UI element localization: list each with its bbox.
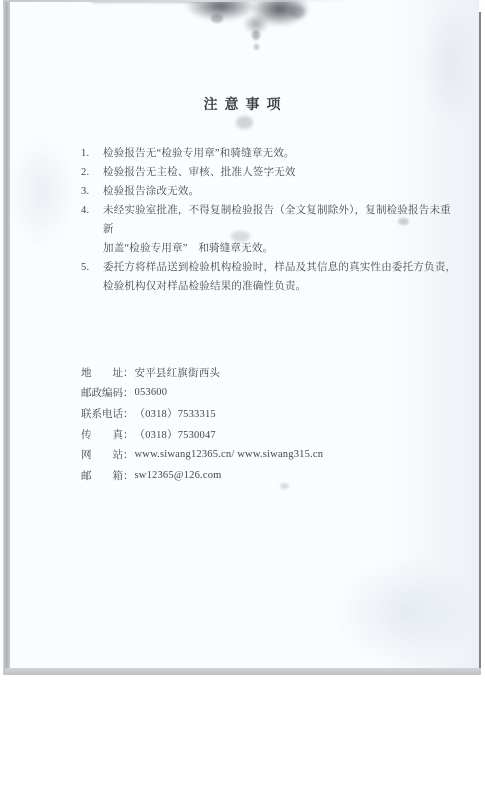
- contact-block: 地 址： 安平县红旗街西头 邮政编码： 053600 联系电话： （0318）7…: [81, 362, 441, 486]
- contact-row-address: 地 址： 安平县红旗街西头: [81, 362, 441, 383]
- scan-texture: [333, 555, 478, 670]
- scan-stain: [254, 44, 259, 50]
- contact-row-postcode: 邮政编码： 053600: [81, 383, 441, 404]
- notice-number: 5.: [81, 258, 103, 277]
- scan-stain: [252, 30, 260, 40]
- page-edge-shadow-top: [3, 0, 373, 2]
- scan-stain: [211, 14, 223, 23]
- notice-list: 1. 检验报告无“检验专用章”和骑缝章无效。 2. 检验报告无主检、审核、批准人…: [81, 144, 461, 296]
- contact-value: 安平县红旗街西头: [135, 365, 221, 380]
- contact-row-website: 网 站： www.siwang12365.cn/ www.siwang315.c…: [81, 444, 441, 465]
- notice-text: 未经实验室批准，不得复制检验报告（全文复制除外），复制检验报告未重新 加盖“检验…: [103, 201, 461, 258]
- contact-label: 网 站：: [81, 447, 134, 462]
- notice-item: 2. 检验报告无主检、审核、批准人签字无效: [81, 163, 461, 182]
- contact-row-phone: 联系电话： （0318）7533315: [81, 403, 441, 424]
- contact-value: 053600: [135, 387, 168, 398]
- document-sheet: 注意事项 1. 检验报告无“检验专用章”和骑缝章无效。 2. 检验报告无主检、审…: [3, 0, 481, 675]
- contact-value: www.siwang12365.cn/ www.siwang315.cn: [135, 449, 324, 460]
- scan-stain: [243, 14, 269, 34]
- notice-item: 4. 未经实验室批准，不得复制检验报告（全文复制除外），复制检验报告未重新 加盖…: [81, 201, 461, 258]
- scan-stain: [236, 116, 253, 129]
- contact-label: 邮 箱：: [81, 468, 134, 483]
- notice-text: 检验报告无“检验专用章”和骑缝章无效。: [103, 144, 461, 163]
- scanned-document-canvas: 注意事项 1. 检验报告无“检验专用章”和骑缝章无效。 2. 检验报告无主检、审…: [0, 0, 485, 800]
- page-edge-shadow-left: [3, 0, 10, 675]
- notice-number: 1.: [81, 144, 103, 163]
- notice-item: 1. 检验报告无“检验专用章”和骑缝章无效。: [81, 144, 461, 163]
- contact-value: （0318）7533315: [135, 406, 216, 421]
- contact-row-fax: 传 真： （0318）7530047: [81, 424, 441, 445]
- contact-row-email: 邮 箱： sw12365@126.com: [81, 465, 441, 486]
- notice-text: 检验报告涂改无效。: [103, 182, 461, 201]
- notice-number: 2.: [81, 163, 103, 182]
- contact-label: 地 址：: [81, 365, 134, 380]
- notice-text: 检验报告无主检、审核、批准人签字无效: [103, 163, 461, 182]
- contact-label: 传 真：: [81, 427, 134, 442]
- contact-value: （0318）7530047: [135, 427, 216, 442]
- page-title: 注意事项: [3, 96, 481, 116]
- page-edge-shadow-bottom: [5, 668, 481, 675]
- notice-item: 5. 委托方将样品送到检验机构检验时，样品及其信息的真实性由委托方负责， 检验机…: [81, 258, 461, 296]
- notice-number: 3.: [81, 182, 103, 201]
- notice-number: 4.: [81, 201, 103, 220]
- notice-item: 3. 检验报告涂改无效。: [81, 182, 461, 201]
- contact-value: sw12365@126.com: [135, 470, 222, 481]
- contact-label: 邮政编码：: [81, 385, 134, 400]
- scan-stain: [185, 0, 257, 21]
- notice-text: 委托方将样品送到检验机构检验时，样品及其信息的真实性由委托方负责， 检验机构仅对…: [103, 258, 461, 296]
- page-edge-shadow-right: [479, 12, 481, 675]
- scan-stain: [289, 6, 305, 18]
- contact-label: 联系电话：: [81, 406, 134, 421]
- scan-texture: [7, 135, 77, 250]
- scan-stain: [250, 0, 310, 26]
